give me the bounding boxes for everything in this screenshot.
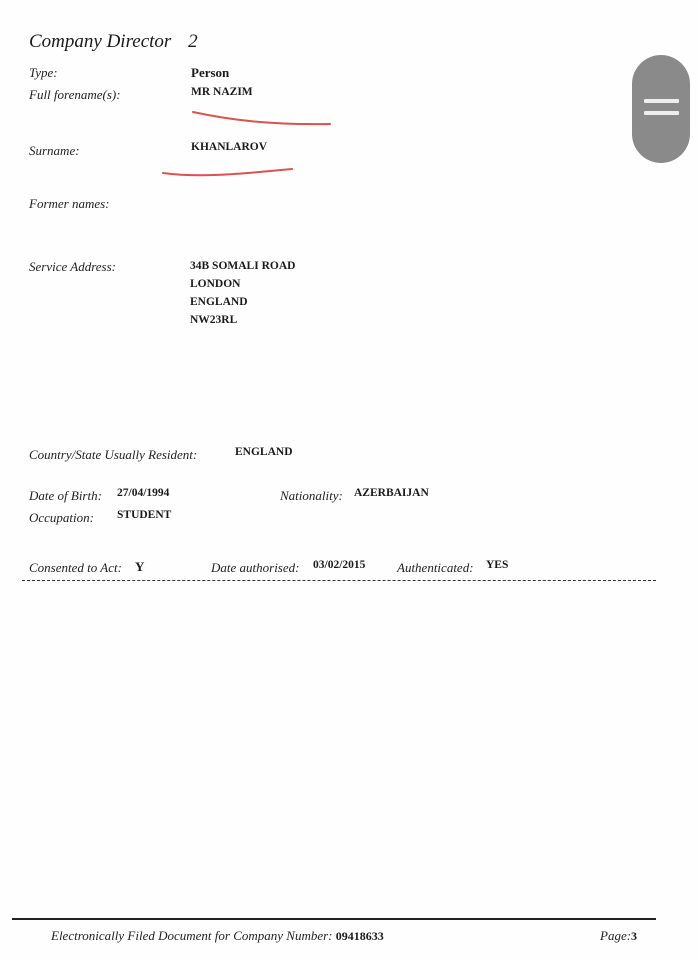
consented-value: Y (135, 559, 144, 575)
footer-label: Electronically Filed Document for Compan… (51, 928, 333, 943)
menu-lines-icon-bar (644, 111, 679, 115)
footer-text: Electronically Filed Document for Compan… (51, 928, 384, 944)
company-number: 09418633 (336, 929, 384, 943)
menu-lines-icon (644, 99, 679, 103)
page-indicator: Page:3 (600, 928, 637, 944)
dob-label: Date of Birth: (29, 488, 102, 504)
address-line: 34B SOMALI ROAD (190, 257, 295, 275)
forenames-value: MR NAZIM (191, 86, 253, 98)
country-resident-label: Country/State Usually Resident: (29, 447, 197, 463)
occupation-value: STUDENT (117, 509, 171, 521)
page-label: Page: (600, 928, 631, 943)
country-resident-value: ENGLAND (235, 446, 293, 458)
address-line: LONDON (190, 275, 295, 293)
section-number: 2 (188, 31, 198, 52)
footer-rule (12, 918, 656, 920)
section-title-text: Company Director (29, 31, 171, 52)
consented-label: Consented to Act: (29, 560, 122, 576)
forenames-label: Full forename(s): (29, 87, 121, 103)
type-label: Type: (29, 65, 58, 81)
date-authorised-label: Date authorised: (211, 560, 299, 576)
dob-value: 27/04/1994 (117, 487, 169, 499)
address-line: NW23RL (190, 311, 295, 329)
forename-underline (193, 112, 330, 124)
scroll-handle[interactable] (632, 55, 690, 163)
surname-value: KHANLAROV (191, 141, 267, 153)
surname-underline (163, 169, 292, 175)
address-line: ENGLAND (190, 293, 295, 311)
authenticated-label: Authenticated: (397, 560, 474, 576)
red-underline-annotations (0, 0, 698, 960)
section-title: Company Director 2 (29, 31, 198, 53)
surname-label: Surname: (29, 143, 80, 159)
date-authorised-value: 03/02/2015 (313, 559, 365, 571)
occupation-label: Occupation: (29, 510, 94, 526)
nationality-value: AZERBAIJAN (354, 487, 429, 499)
page-number: 3 (631, 929, 637, 943)
nationality-label: Nationality: (280, 488, 343, 504)
authenticated-value: YES (486, 559, 508, 571)
section-divider (22, 580, 656, 581)
type-value: Person (191, 65, 229, 81)
service-address-block: 34B SOMALI ROAD LONDON ENGLAND NW23RL (190, 257, 295, 329)
former-names-label: Former names: (29, 196, 110, 212)
service-address-label: Service Address: (29, 259, 116, 275)
